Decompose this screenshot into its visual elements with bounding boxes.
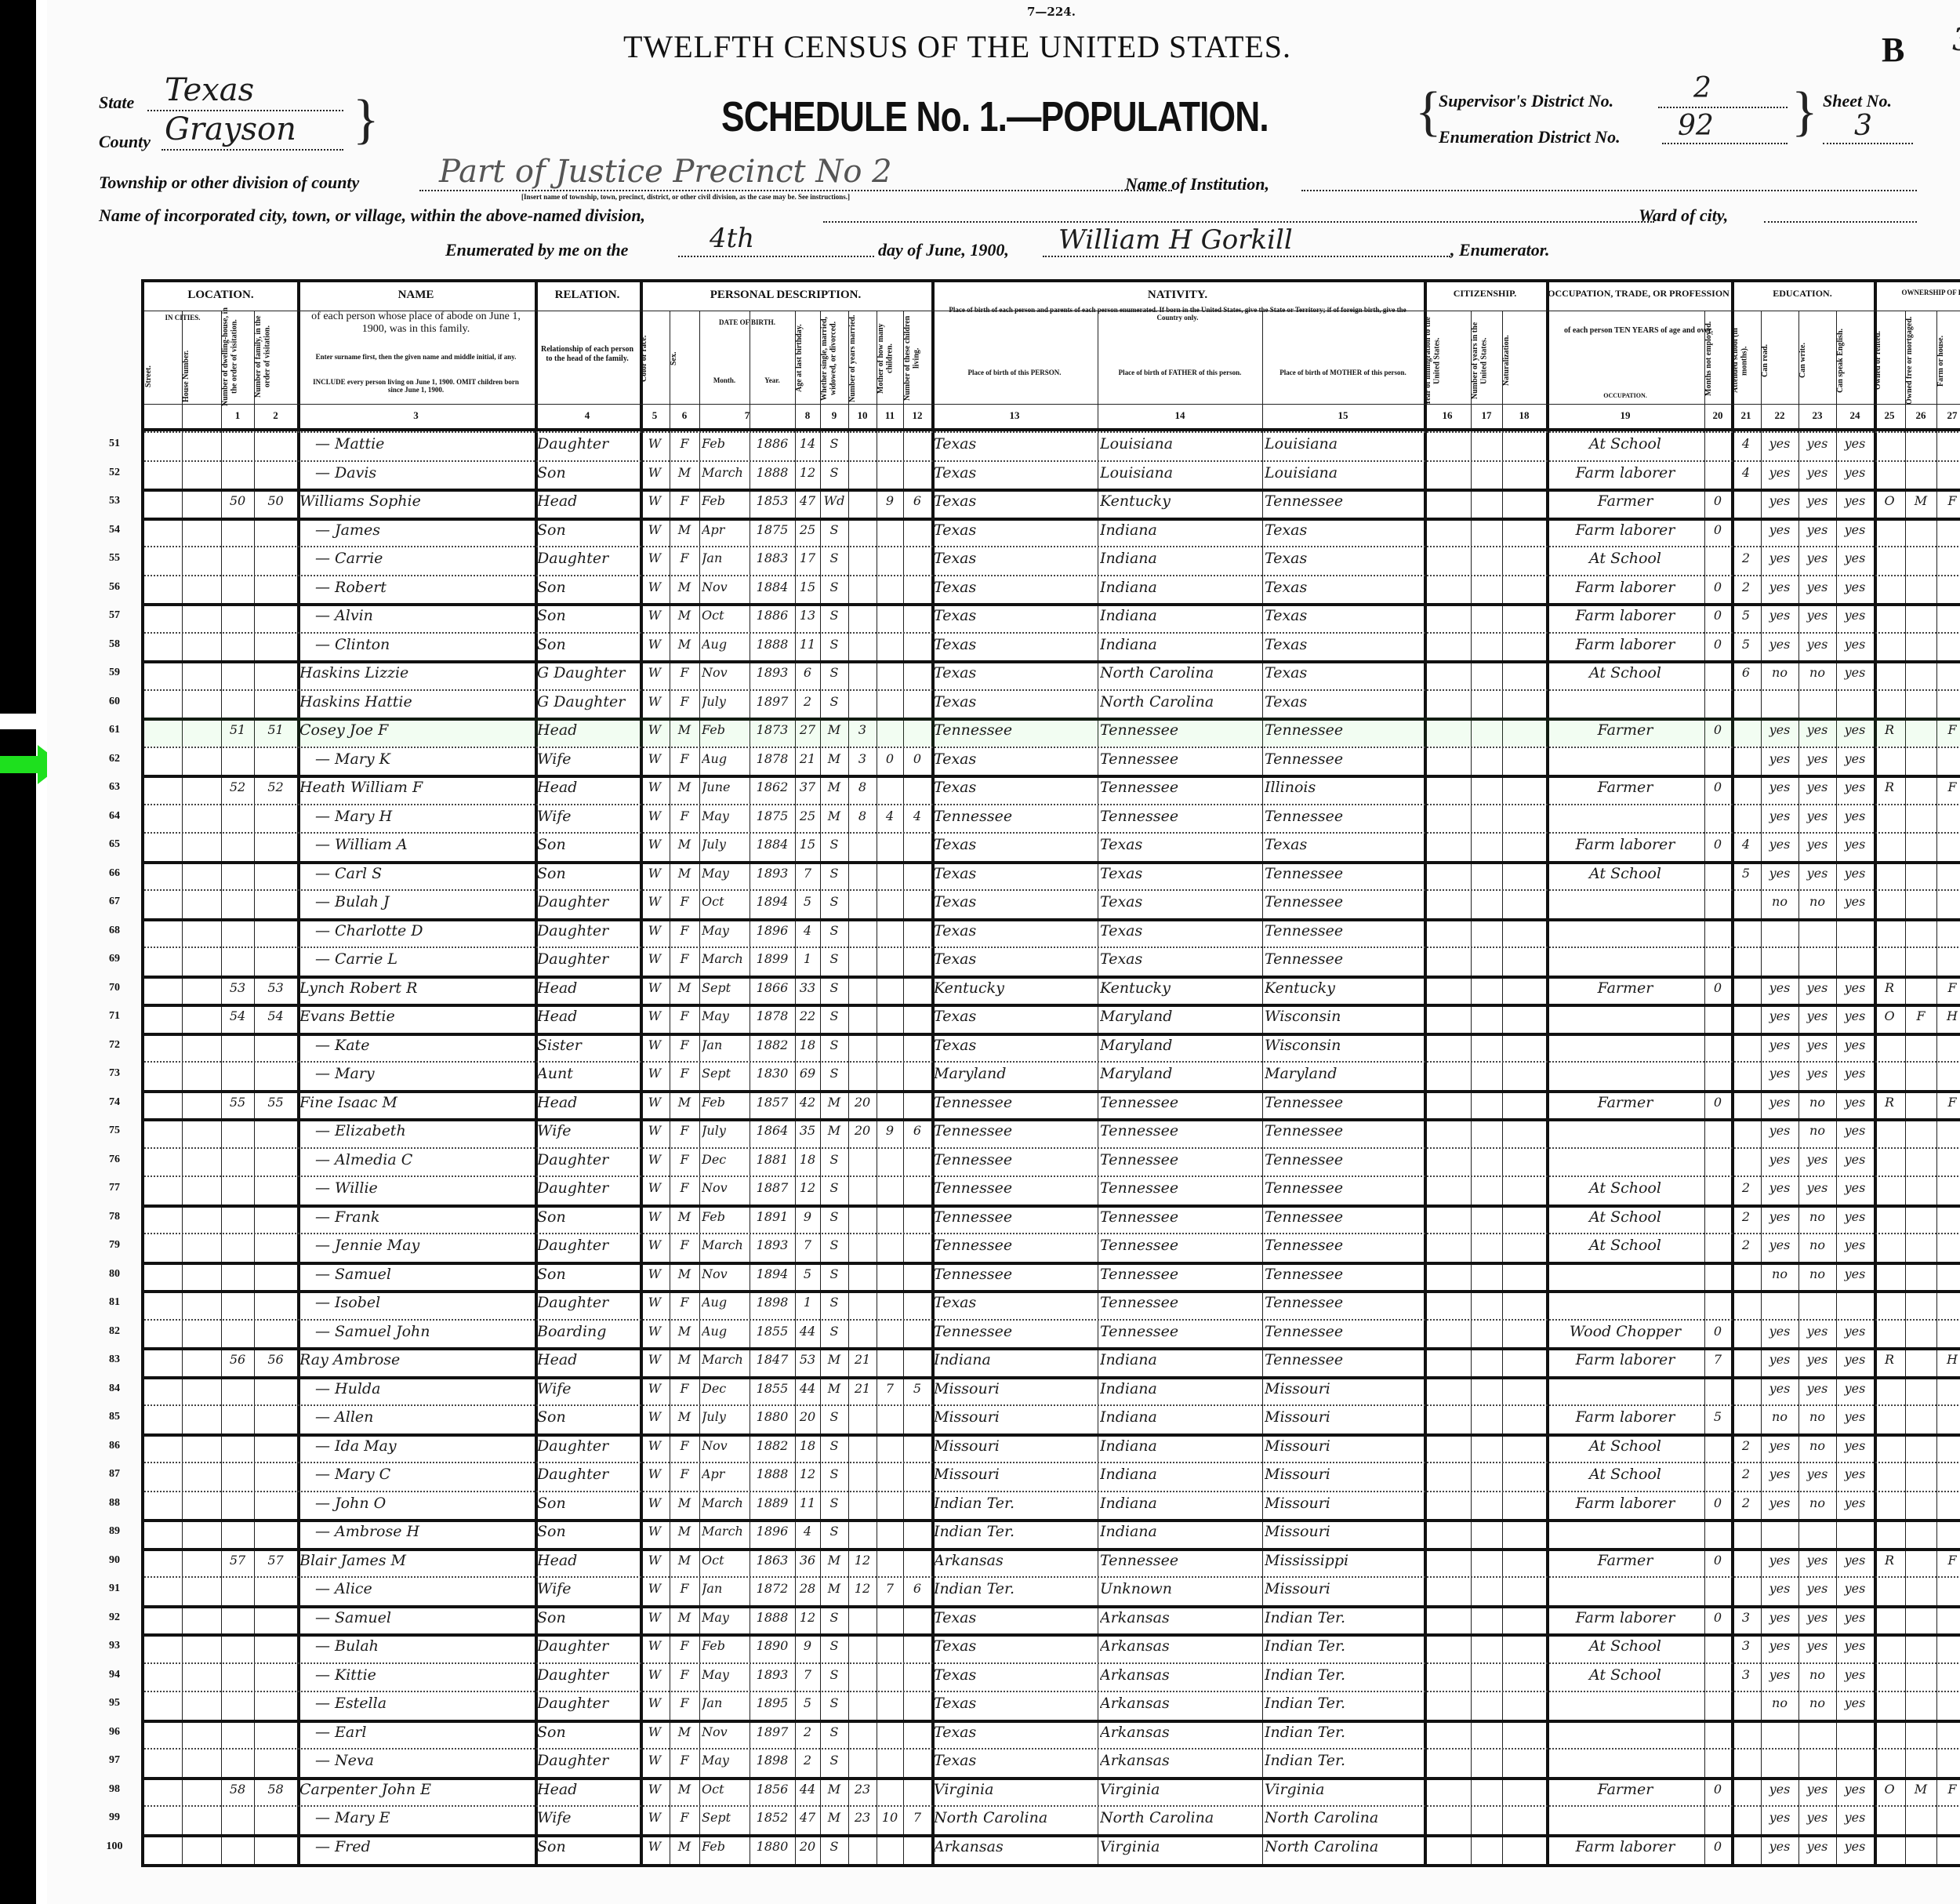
cell-birth-father: Texas	[1100, 918, 1260, 947]
cell-mortgaged	[1907, 660, 1934, 689]
cell-mortgaged	[1907, 718, 1934, 747]
cell-yrs-married	[851, 947, 874, 976]
cell-dwelling	[223, 1290, 252, 1319]
cell-age: 36	[797, 1548, 818, 1577]
city-label: Name of incorporated city, town, or vill…	[99, 205, 645, 226]
table-row[interactable]: — DavisSonWMMarch188812STexasLouisianaLo…	[144, 460, 1960, 489]
cell-color: W	[642, 832, 667, 861]
cell-name: — Mary H	[299, 804, 548, 833]
cell-write: yes	[1801, 976, 1834, 1005]
cell-sex: F	[672, 1233, 697, 1262]
cell-sex: M	[672, 1491, 697, 1520]
cell-read: yes	[1763, 1347, 1796, 1376]
cell-living	[906, 832, 929, 861]
cell-birth-mother: Tennessee	[1265, 1290, 1421, 1319]
cell-english: yes	[1838, 1347, 1871, 1376]
cell-read: yes	[1763, 1576, 1796, 1605]
cell-farm-house	[1939, 1233, 1960, 1262]
table-row[interactable]: — Samuel JohnBoardingWMAug185544STenness…	[144, 1319, 1960, 1348]
cell-mother-of	[879, 689, 901, 718]
cell-year: 1893	[752, 1662, 793, 1691]
cell-year: 1878	[752, 747, 793, 776]
cell-relation: Son	[537, 575, 637, 604]
cell-unemployed	[1707, 1004, 1729, 1033]
cell-read: yes	[1763, 1090, 1796, 1119]
cell-year: 1873	[752, 718, 793, 747]
cell-month: March	[702, 1519, 747, 1548]
cell-owned: R	[1876, 1548, 1903, 1577]
enumerated-day: 4th	[710, 223, 754, 254]
cell-farm-house: F	[1939, 1548, 1960, 1577]
cell-mother-of	[879, 1033, 901, 1062]
county-line	[162, 149, 343, 151]
table-row[interactable]: 5555Fine Isaac MHeadWMFeb185742M20Tennes…	[144, 1090, 1960, 1119]
line-number-left: 78	[99, 1211, 130, 1223]
table-row[interactable]: — AliceWifeWFJan187228M1276Indian Ter.Un…	[144, 1576, 1960, 1605]
cell-birth-father: Tennessee	[1100, 1147, 1260, 1176]
cell-unemployed: 0	[1707, 1834, 1729, 1863]
header-fam: Number of family, in the order of visita…	[254, 306, 297, 408]
cell-color: W	[642, 1175, 667, 1205]
cell-mother-of	[879, 1605, 901, 1634]
enumeration-value: 92	[1678, 110, 1714, 142]
cell-birth-father: Tennessee	[1100, 1118, 1260, 1147]
cell-owned	[1876, 1834, 1903, 1863]
cell-marital: M	[822, 1805, 846, 1834]
county-value: Grayson	[165, 111, 296, 147]
table-row[interactable]: 5050Williams SophieHeadWFFeb185347Wd96Te…	[144, 489, 1960, 518]
table-row[interactable]: — ClintonSonWMAug188811STexasIndianaTexa…	[144, 632, 1960, 661]
cell-relation: Son	[537, 1404, 637, 1433]
cell-month: March	[702, 947, 747, 976]
table-row[interactable]: — Almedia CDaughterWFDec188118STennessee…	[144, 1147, 1960, 1176]
cell-dwelling: 55	[223, 1090, 252, 1119]
cell-marital: S	[822, 1633, 846, 1662]
table-row[interactable]: Haskins HattieG DaughterWFJuly18972STexa…	[144, 689, 1960, 718]
table-row[interactable]: — Bulah JDaughterWFOct18945STexasTexasTe…	[144, 889, 1960, 918]
line-number-left: 85	[99, 1411, 130, 1423]
cell-sex: F	[672, 889, 697, 918]
cell-birth-father: Indiana	[1100, 1404, 1260, 1433]
cell-english: yes	[1838, 1376, 1871, 1405]
table-row[interactable]: — Mary EWifeWFSept185247M23107North Caro…	[144, 1805, 1960, 1834]
city-line	[823, 221, 1654, 223]
cell-dwelling	[223, 431, 252, 460]
cell-occupation	[1548, 1519, 1702, 1548]
cell-living	[906, 1404, 929, 1433]
cell-birth-mother: Texas	[1265, 632, 1421, 661]
cell-school: 5	[1733, 861, 1759, 890]
cell-living	[906, 1834, 929, 1863]
cell-mortgaged	[1907, 1118, 1934, 1147]
cell-marital: M	[822, 804, 846, 833]
table-row[interactable]: — AllenSonWMJuly188020SMissouriIndianaMi…	[144, 1404, 1960, 1433]
cell-name: — Davis	[299, 460, 548, 489]
cell-yrs-married	[851, 889, 874, 918]
table-row[interactable]: — JamesSonWMApr187525STexasIndianaTexasF…	[144, 518, 1960, 547]
table-row[interactable]: 5656Ray AmbroseHeadWMMarch184753M21India…	[144, 1347, 1960, 1376]
cell-age: 1	[797, 1290, 818, 1319]
table-row[interactable]: — MaryAuntWFSept183069SMarylandMarylandM…	[144, 1061, 1960, 1090]
cell-english: yes	[1838, 1462, 1871, 1491]
cell-family: 58	[256, 1777, 295, 1806]
cell-age: 12	[797, 1605, 818, 1634]
cell-english: yes	[1838, 1262, 1871, 1291]
cell-mother-of	[879, 1834, 901, 1863]
cell-owned	[1876, 1147, 1903, 1176]
cell-sex: M	[672, 1319, 697, 1348]
cell-month: May	[702, 804, 747, 833]
cell-relation: Wife	[537, 804, 637, 833]
cell-name: — Fred	[299, 1834, 548, 1863]
cell-name: — Mattie	[299, 431, 548, 460]
table-row[interactable]: — RobertSonWMNov188415STexasIndianaTexas…	[144, 575, 1960, 604]
line-number-left: 89	[99, 1525, 130, 1538]
cell-yrs-married: 8	[851, 804, 874, 833]
cell-yrs-married	[851, 1262, 874, 1291]
table-row[interactable]: — MattieDaughterWFFeb188614STexasLouisia…	[144, 431, 1960, 460]
cell-birth-father: Maryland	[1100, 1033, 1260, 1062]
cell-farm-house	[1939, 1262, 1960, 1291]
cell-yrs-married: 20	[851, 1118, 874, 1147]
cell-birth-father: Tennessee	[1100, 1548, 1260, 1577]
cell-mother-of	[879, 947, 901, 976]
cell-owned	[1876, 1662, 1903, 1691]
table-row[interactable]: — IsobelDaughterWFAug18981STexasTennesse…	[144, 1290, 1960, 1319]
cell-living: 6	[906, 489, 929, 518]
cell-dwelling	[223, 1834, 252, 1863]
header-marital: Whether single, married, widowed, or div…	[820, 309, 848, 408]
table-row[interactable]: 5353Lynch Robert RHeadWMSept186633SKentu…	[144, 976, 1960, 1005]
cell-family	[256, 460, 295, 489]
cell-age: 12	[797, 460, 818, 489]
table-row[interactable]: — Carl SSonWMMay18937STexasTexasTennesse…	[144, 861, 1960, 890]
line-number-left: 96	[99, 1726, 130, 1739]
cell-relation: Son	[537, 518, 637, 547]
table-row[interactable]: — John OSonWMMarch188911SIndian Ter.Indi…	[144, 1491, 1960, 1520]
cell-sex: F	[672, 1004, 697, 1033]
cell-mortgaged	[1907, 832, 1934, 861]
cell-name: — Mary	[299, 1061, 548, 1090]
cell-read: yes	[1763, 1033, 1796, 1062]
table-row[interactable]: — SamuelSonWMNov18945STennesseeTennessee…	[144, 1262, 1960, 1291]
table-row[interactable]: — SamuelSonWMMay188812STexasArkansasIndi…	[144, 1605, 1960, 1634]
cell-color: W	[642, 632, 667, 661]
cell-birth-person: Arkansas	[934, 1548, 1095, 1577]
cell-mortgaged	[1907, 1147, 1934, 1176]
cell-marital: S	[822, 918, 846, 947]
cell-mother-of: 10	[879, 1805, 901, 1834]
cell-birth-mother: Tennessee	[1265, 947, 1421, 976]
line-number-left: 76	[99, 1154, 130, 1166]
cell-name: — Estella	[299, 1691, 548, 1720]
cell-birth-father: Maryland	[1100, 1004, 1260, 1033]
line-number-left: 57	[99, 609, 130, 622]
cell-month: March	[702, 460, 747, 489]
cell-owned	[1876, 632, 1903, 661]
cell-mother-of	[879, 861, 901, 890]
header-fh: Farm or house.	[1936, 314, 1960, 408]
table-row[interactable]: — EstellaDaughterWFJan18955STexasArkansa…	[144, 1691, 1960, 1720]
cell-birth-father: Louisiana	[1100, 460, 1260, 489]
header-own: Owned or rented.	[1874, 314, 1905, 408]
cell-mother-of	[879, 1319, 901, 1348]
cell-dwelling	[223, 660, 252, 689]
cell-english: yes	[1838, 603, 1871, 632]
table-row[interactable]: — Carrie LDaughterWFMarch18991STexasTexa…	[144, 947, 1960, 976]
cell-school	[1733, 1834, 1759, 1863]
cell-marital: S	[822, 575, 846, 604]
cell-english: yes	[1838, 1175, 1871, 1205]
cell-write: yes	[1801, 861, 1834, 890]
cell-dwelling	[223, 689, 252, 718]
cell-name: — Mary C	[299, 1462, 548, 1491]
brace: }	[353, 93, 379, 147]
cell-owned: O	[1876, 1777, 1903, 1806]
cell-read: yes	[1763, 718, 1796, 747]
cell-read: yes	[1763, 747, 1796, 776]
cell-family	[256, 1118, 295, 1147]
cell-month: Jan	[702, 1033, 747, 1062]
cell-dwelling	[223, 947, 252, 976]
cell-color: W	[642, 1290, 667, 1319]
cell-sex: F	[672, 689, 697, 718]
table-row[interactable]: — Mary KWifeWFAug187821M300TexasTennesse…	[144, 747, 1960, 776]
cell-mortgaged	[1907, 1205, 1934, 1234]
cell-owned	[1876, 1205, 1903, 1234]
cell-dwelling: 58	[223, 1777, 252, 1806]
cell-farm-house	[1939, 1576, 1960, 1605]
cell-birth-person: Texas	[934, 546, 1095, 575]
cell-dwelling	[223, 1205, 252, 1234]
table-row[interactable]: — KittieDaughterWFMay18937STexasArkansas…	[144, 1662, 1960, 1691]
cell-family	[256, 832, 295, 861]
cell-mortgaged	[1907, 1491, 1934, 1520]
cell-sex: F	[672, 546, 697, 575]
column-number: 9	[820, 409, 848, 422]
cell-mortgaged	[1907, 747, 1934, 776]
cell-birth-father: Arkansas	[1100, 1662, 1260, 1691]
column-number: 8	[795, 409, 820, 422]
cell-family: 52	[256, 775, 295, 804]
cell-read: yes	[1763, 1233, 1796, 1262]
cell-name: — Mary K	[299, 747, 548, 776]
table-row[interactable]: 5252Heath William FHeadWMJune186237M8Tex…	[144, 775, 1960, 804]
cell-farm-house	[1939, 1720, 1960, 1749]
cell-sex: M	[672, 1834, 697, 1863]
cell-read: yes	[1763, 1491, 1796, 1520]
cell-owned	[1876, 1576, 1903, 1605]
table-row[interactable]: — Mary HWifeWFMay187525M844TennesseeTenn…	[144, 804, 1960, 833]
table-row[interactable]: — BulahDaughterWFFeb18909STexasArkansasI…	[144, 1633, 1960, 1662]
cell-color: W	[642, 1605, 667, 1634]
state-label: State	[99, 93, 134, 113]
cell-yrs-married	[851, 546, 874, 575]
cell-birth-father: Tennessee	[1100, 1319, 1260, 1348]
cell-marital: S	[822, 1748, 846, 1777]
cell-family	[256, 1834, 295, 1863]
cell-unemployed	[1707, 1662, 1729, 1691]
column-number: 5	[640, 409, 670, 422]
table-row[interactable]: 5151Cosey Joe FHeadWMFeb187327M3Tennesse…	[144, 718, 1960, 747]
table-row[interactable]: — KateSisterWFJan188218STexasMarylandWis…	[144, 1033, 1960, 1062]
table-row[interactable]: — WillieDaughterWFNov188712STennesseeTen…	[144, 1175, 1960, 1205]
cell-read: yes	[1763, 1319, 1796, 1348]
cell-birth-person: Texas	[934, 660, 1095, 689]
cell-unemployed	[1707, 747, 1729, 776]
cell-owned	[1876, 747, 1903, 776]
cell-age: 2	[797, 689, 818, 718]
line-number-left: 75	[99, 1125, 130, 1137]
cell-english: yes	[1838, 1205, 1871, 1234]
cell-year: 1898	[752, 1748, 793, 1777]
cell-occupation	[1548, 1262, 1702, 1291]
cell-school: 2	[1733, 1205, 1759, 1234]
line-number-left: 99	[99, 1811, 130, 1824]
cell-farm-house: F	[1939, 489, 1960, 518]
cell-english: yes	[1838, 1691, 1871, 1720]
table-row[interactable]: — Mary CDaughterWFApr188812SMissouriIndi…	[144, 1462, 1960, 1491]
cell-name: — Charlotte D	[299, 918, 548, 947]
cell-english: yes	[1838, 575, 1871, 604]
cell-age: 12	[797, 1175, 818, 1205]
table-row[interactable]: 5454Evans BettieHeadWFMay187822STexasMar…	[144, 1004, 1960, 1033]
cell-name: — Alice	[299, 1576, 548, 1605]
table-row[interactable]: — FrankSonWMFeb18919STennesseeTennesseeT…	[144, 1205, 1960, 1234]
table-row[interactable]: — NevaDaughterWFMay18982STexasArkansasIn…	[144, 1748, 1960, 1777]
cell-dwelling	[223, 832, 252, 861]
cell-unemployed	[1707, 918, 1729, 947]
cell-mortgaged	[1907, 689, 1934, 718]
cell-birth-mother: Missouri	[1265, 1491, 1421, 1520]
table-row[interactable]: — William ASonWMJuly188415STexasTexasTex…	[144, 832, 1960, 861]
cell-yrs-married	[851, 861, 874, 890]
cell-sex: M	[672, 976, 697, 1005]
state-value: Texas	[165, 72, 254, 108]
table-row[interactable]: — Ambrose HSonWMMarch18964SIndian Ter.In…	[144, 1519, 1960, 1548]
cell-birth-mother: Tennessee	[1265, 804, 1421, 833]
column-number: 23	[1798, 409, 1836, 422]
cell-dwelling	[223, 1061, 252, 1090]
header-in-cities: IN CITIES.	[144, 314, 221, 322]
line-number-left: 52	[99, 467, 130, 479]
cell-school: 3	[1733, 1633, 1759, 1662]
cell-living	[906, 1347, 929, 1376]
cell-read: yes	[1763, 775, 1796, 804]
table-row[interactable]: — CarrieDaughterWFJan188317STexasIndiana…	[144, 546, 1960, 575]
header-school: Attended school (in months).	[1731, 314, 1761, 408]
cell-owned	[1876, 689, 1903, 718]
cell-age: 22	[797, 1004, 818, 1033]
cell-age: 47	[797, 1805, 818, 1834]
cell-school: 4	[1733, 832, 1759, 861]
cell-birth-mother: Maryland	[1265, 1061, 1421, 1090]
table-row[interactable]: — ElizabethWifeWFJuly186435M2096Tennesse…	[144, 1118, 1960, 1147]
cell-yrs-married	[851, 460, 874, 489]
cell-month: June	[702, 775, 747, 804]
cell-relation: G Daughter	[537, 660, 637, 689]
cell-name: — Alvin	[299, 603, 548, 632]
line-number-left: 71	[99, 1010, 130, 1023]
table-row[interactable]: — Charlotte DDaughterWFMay18964STexasTex…	[144, 918, 1960, 947]
header-mo: Mother of how many children.	[877, 309, 903, 408]
table-row[interactable]: — Jennie MayDaughterWFMarch18937STenness…	[144, 1233, 1960, 1262]
header-name-sub: of each person whose place of abode on J…	[305, 311, 527, 336]
cell-read: yes	[1763, 1777, 1796, 1806]
cell-sex: F	[672, 1691, 697, 1720]
cell-birth-mother: Missouri	[1265, 1519, 1421, 1548]
cell-school	[1733, 947, 1759, 976]
cell-farm-house	[1939, 1691, 1960, 1720]
cell-write: no	[1801, 1433, 1834, 1463]
cell-write: yes	[1801, 1576, 1834, 1605]
cell-mortgaged	[1907, 861, 1934, 890]
cell-family	[256, 1319, 295, 1348]
cell-school: 4	[1733, 460, 1759, 489]
cell-age: 2	[797, 1748, 818, 1777]
cell-english: yes	[1838, 1090, 1871, 1119]
cell-mother-of	[879, 1175, 901, 1205]
cell-yrs-married	[851, 1633, 874, 1662]
cell-living	[906, 1004, 929, 1033]
cell-birth-mother: Tennessee	[1265, 1090, 1421, 1119]
table-row[interactable]: 5858Carpenter John EHeadWMOct185644M23Vi…	[144, 1777, 1960, 1806]
cell-month: May	[702, 918, 747, 947]
cell-occupation	[1548, 1576, 1702, 1605]
table-row[interactable]: — Ida MayDaughterWFNov188218SMissouriInd…	[144, 1433, 1960, 1463]
cell-yrs-married	[851, 976, 874, 1005]
cell-read: no	[1763, 660, 1796, 689]
table-row[interactable]: — FredSonWMFeb188020SArkansasVirginiaNor…	[144, 1834, 1960, 1863]
cell-yrs-married	[851, 832, 874, 861]
table-row[interactable]: Haskins LizzieG DaughterWFNov18936STexas…	[144, 660, 1960, 689]
cell-yrs-married: 21	[851, 1376, 874, 1405]
cell-birth-father: Indiana	[1100, 1347, 1260, 1376]
cell-living	[906, 431, 929, 460]
header-ownership: OWNERSHIP OF HOME.	[1874, 289, 1960, 296]
cell-sex: M	[672, 1519, 697, 1548]
cell-sex: F	[672, 1462, 697, 1491]
cell-farm-house	[1939, 1662, 1960, 1691]
cell-living	[906, 546, 929, 575]
cell-unemployed: 0	[1707, 976, 1729, 1005]
cell-yrs-married	[851, 1691, 874, 1720]
table-row[interactable]: — EarlSonWMNov18972STexasArkansasIndian …	[144, 1720, 1960, 1749]
table-row[interactable]: — HuldaWifeWFDec185544M2175MissouriIndia…	[144, 1376, 1960, 1405]
cell-color: W	[642, 1090, 667, 1119]
cell-occupation	[1548, 1805, 1702, 1834]
table-row[interactable]: 5757Blair James MHeadWMOct186336M12Arkan…	[144, 1548, 1960, 1577]
cell-write: yes	[1801, 718, 1834, 747]
cell-birth-mother: Texas	[1265, 832, 1421, 861]
cell-year: 1887	[752, 1175, 793, 1205]
cell-age: 15	[797, 832, 818, 861]
cell-marital: S	[822, 1205, 846, 1234]
cell-farm-house: F	[1939, 1090, 1960, 1119]
cell-family	[256, 1748, 295, 1777]
cell-dwelling	[223, 460, 252, 489]
cell-owned	[1876, 1118, 1903, 1147]
cell-english: yes	[1838, 775, 1871, 804]
cell-birth-person: Texas	[934, 1662, 1095, 1691]
cell-sex: M	[672, 1605, 697, 1634]
cell-owned	[1876, 1691, 1903, 1720]
cell-occupation: Farmer	[1548, 976, 1702, 1005]
cell-unemployed: 0	[1707, 1548, 1729, 1577]
header-occupation-col: OCCUPATION.	[1546, 392, 1704, 399]
table-row[interactable]: — AlvinSonWMOct188613STexasIndianaTexasF…	[144, 603, 1960, 632]
cell-living	[906, 1205, 929, 1234]
